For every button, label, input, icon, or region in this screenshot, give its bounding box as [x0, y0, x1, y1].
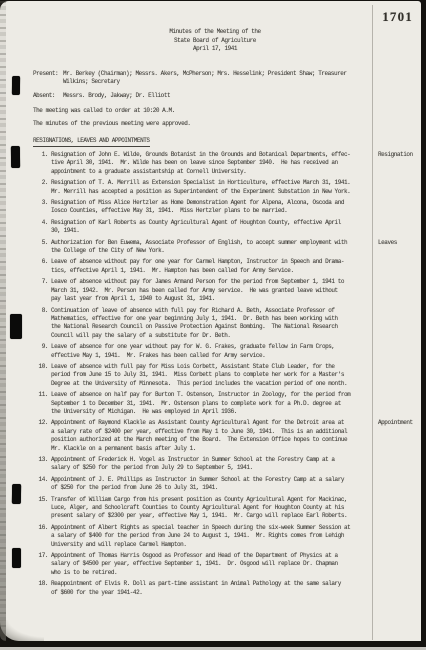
- item-text: Resignation of Miss Alice Hertzler as Ho…: [51, 199, 344, 216]
- item-text: Appointment of Albert Rights as special …: [51, 524, 350, 549]
- minute-item: 16. Appointment of Albert Rights as spec…: [37, 524, 397, 549]
- ink-mark: [10, 314, 22, 339]
- item-number: 16.: [37, 524, 48, 549]
- minute-item: 17. Appointment of Thomas Harris Osgood …: [37, 552, 397, 577]
- minute-item: 6. Leave of absence without pay for one …: [37, 258, 397, 275]
- item-number: 4.: [37, 219, 48, 236]
- item-text: Resignation of John E. Wilde, Grounds Bo…: [51, 151, 350, 176]
- called-to-order-line: The meeting was called to order at 10:20…: [33, 107, 175, 115]
- minute-item: 14. Appointment of J. E. Phillips as Ins…: [37, 476, 397, 493]
- item-number: 6.: [37, 258, 48, 275]
- item-text: Leave of absence without pay for James A…: [51, 278, 344, 303]
- minute-item: 5. Authorization for Ben Euwema, Associa…: [37, 239, 397, 256]
- minutes-approved-line: The minutes of the previous meeting were…: [33, 120, 191, 128]
- item-text: Transfer of William Cargo from his prese…: [51, 496, 347, 521]
- ink-mark: [11, 146, 20, 168]
- present-value: Mr. Berkey (Chairman); Messrs. Akers, Mc…: [63, 70, 383, 87]
- item-text: Leave of absence without pay for one yea…: [51, 258, 344, 275]
- minute-item: 2. Resignation of T. A. Merrill as Exten…: [37, 179, 397, 196]
- header-org-line: State Board of Agriculture: [70, 37, 360, 46]
- item-number: 2.: [37, 179, 48, 196]
- item-number: 17.: [37, 552, 48, 577]
- present-row: Present: Mr. Berkey (Chairman); Messrs. …: [33, 70, 383, 87]
- item-number: 13.: [37, 456, 48, 473]
- minute-item: 9. Leave of absence for one year without…: [37, 343, 397, 360]
- margin-note: Appointment: [378, 419, 413, 427]
- minute-item: 1. Resignation of John E. Wilde, Grounds…: [37, 151, 397, 176]
- item-number: 1.: [37, 151, 48, 176]
- item-number: 9.: [37, 343, 48, 360]
- item-text: Continuation of leave of absence with fu…: [51, 307, 338, 341]
- item-text: Leave of absence with full pay for Miss …: [51, 363, 347, 388]
- items-list: 1. Resignation of John E. Wilde, Grounds…: [37, 151, 397, 600]
- header-date-line: April 17, 1941: [70, 45, 360, 54]
- minute-item: 10. Leave of absence with full pay for M…: [37, 363, 397, 388]
- minute-item: 8. Continuation of leave of absence with…: [37, 307, 397, 341]
- section-heading: RESIGNATIONS, LEAVES AND APPOINTMENTS: [33, 137, 150, 147]
- item-text: Appointment of Raymond Klackle as Assist…: [51, 419, 347, 453]
- item-text: Authorization for Ben Euwema, Associate …: [51, 239, 347, 256]
- item-number: 18.: [37, 580, 48, 597]
- margin-note: Resignation: [378, 151, 413, 159]
- item-text: Reappointment of Elvis R. Doll as part-t…: [51, 580, 341, 597]
- absent-label: Absent:: [33, 92, 63, 100]
- ink-mark: [12, 484, 21, 504]
- minute-item: 13. Appointment of Frederick H. Vogel as…: [37, 456, 397, 473]
- minutes-document-page: 1701 Minutes of the Meeting of the State…: [0, 0, 426, 650]
- absent-row: Absent: Messrs. Brody, Jakway; Dr. Ellio…: [33, 92, 383, 100]
- item-number: 3.: [37, 199, 48, 216]
- minute-item: 4. Resignation of Karl Roberts as County…: [37, 219, 397, 236]
- minute-item: 11. Leave of absence on half pay for Bur…: [37, 391, 397, 416]
- minute-item: 3. Resignation of Miss Alice Hertzler as…: [37, 199, 397, 216]
- page-curl-shadow: [0, 620, 44, 641]
- item-number: 5.: [37, 239, 48, 256]
- ink-mark: [12, 548, 21, 568]
- item-text: Resignation of T. A. Merrill as Extensio…: [51, 179, 350, 196]
- item-number: 10.: [37, 363, 48, 388]
- minute-item: 7. Leave of absence without pay for Jame…: [37, 278, 397, 303]
- document-header: Minutes of the Meeting of the State Boar…: [70, 28, 360, 54]
- item-number: 14.: [37, 476, 48, 493]
- minute-item: 18. Reappointment of Elvis R. Doll as pa…: [37, 580, 397, 597]
- item-text: Appointment of J. E. Phillips as Instruc…: [51, 476, 344, 493]
- minute-item: 12. Appointment of Raymond Klackle as As…: [37, 419, 397, 453]
- absent-value: Messrs. Brody, Jakway; Dr. Elliott: [63, 92, 383, 100]
- item-text: Appointment of Frederick H. Vogel as Ins…: [51, 456, 335, 473]
- item-number: 15.: [37, 496, 48, 521]
- binding-edge-texture: [0, 1, 6, 641]
- item-number: 7.: [37, 278, 48, 303]
- page-number: 1701: [382, 9, 413, 25]
- item-number: 12.: [37, 419, 48, 453]
- margin-note: Leaves: [378, 239, 397, 247]
- header-title-line: Minutes of the Meeting of the: [70, 28, 360, 37]
- item-text: Resignation of Karl Roberts as County Ag…: [51, 219, 341, 236]
- item-text: Appointment of Thomas Harris Osgood as P…: [51, 552, 338, 577]
- minute-item: 15. Transfer of William Cargo from his p…: [37, 496, 397, 521]
- item-text: Leave of absence for one year without pa…: [51, 343, 335, 360]
- item-number: 11.: [37, 391, 48, 416]
- item-text: Leave of absence on half pay for Burton …: [51, 391, 350, 416]
- item-number: 8.: [37, 307, 48, 341]
- present-label: Present:: [33, 70, 63, 87]
- ink-mark: [12, 76, 20, 95]
